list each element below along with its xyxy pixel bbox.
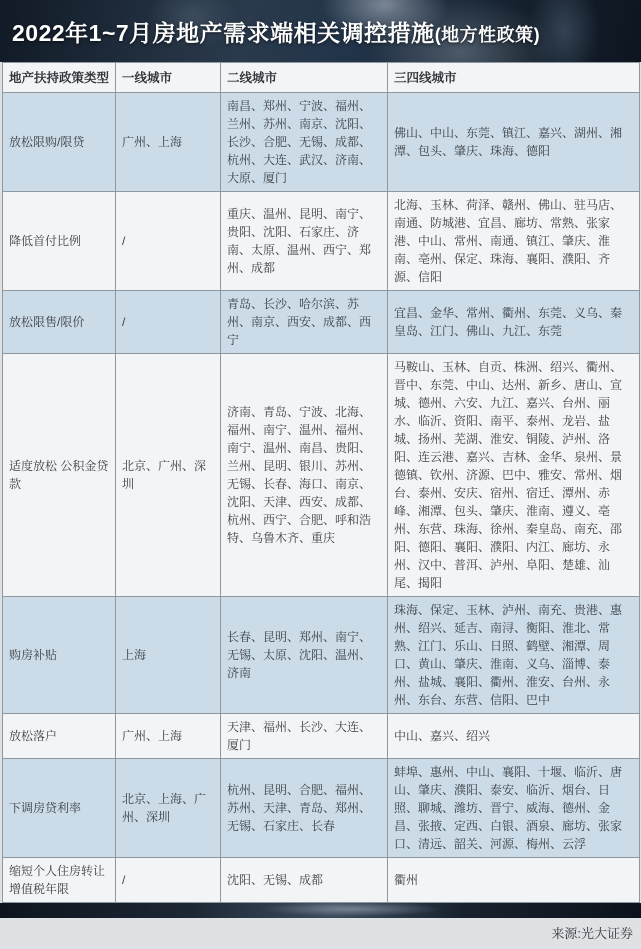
table-row: 放松限购/限贷广州、上海南昌、郑州、宁波、福州、兰州、苏州、南京、沈阳、长沙、合…	[3, 93, 640, 192]
table-row: 适度放松 公积金贷款北京、广州、深圳济南、青岛、宁波、北海、福州、南宁、温州、福…	[3, 354, 640, 597]
table-row: 缩短个人住房转让 增值税年限/沈阳、无锡、成都衢州	[3, 858, 640, 903]
tier2-cities-cell: 天津、福州、长沙、大连、厦门	[221, 714, 388, 759]
page-title: 2022年1~7月房地产需求端相关调控措施(地方性政策)	[0, 15, 540, 48]
footer: 来源:光大证券	[0, 918, 641, 949]
tier1-cities-cell: /	[116, 291, 221, 354]
page-title-main: 2022年1~7月房地产需求端相关调控措施	[12, 20, 435, 46]
policy-table: 地产扶持政策类型 一线城市 二线城市 三四线城市 放松限购/限贷广州、上海南昌、…	[2, 62, 640, 903]
policy-type-cell: 放松限售/限价	[3, 291, 116, 354]
tier1-cities-cell: 上海	[116, 597, 221, 714]
tier1-cities-cell: 广州、上海	[116, 93, 221, 192]
policy-type-cell: 放松落户	[3, 714, 116, 759]
tier1-cities-cell: 北京、上海、广州、深圳	[116, 759, 221, 858]
policy-type-cell: 缩短个人住房转让 增值税年限	[3, 858, 116, 903]
tier34-cities-cell: 蚌埠、惠州、中山、襄阳、十堰、临沂、唐山、肇庆、濮阳、泰安、临沂、烟台、日照、聊…	[388, 759, 640, 858]
tier2-cities-cell: 济南、青岛、宁波、北海、福州、南宁、温州、福州、南宁、温州、南昌、贵阳、兰州、昆…	[221, 354, 388, 597]
policy-type-cell: 放松限购/限贷	[3, 93, 116, 192]
header-row: 地产扶持政策类型 一线城市 二线城市 三四线城市	[3, 63, 640, 93]
table-row: 降低首付比例/重庆、温州、昆明、南宁、贵阳、沈阳、石家庄、济南、太原、温州、西宁…	[3, 192, 640, 291]
tier34-cities-cell: 中山、嘉兴、绍兴	[388, 714, 640, 759]
column-header-policy-type: 地产扶持政策类型	[3, 63, 116, 93]
table-row: 放松限售/限价/青岛、长沙、哈尔滨、苏州、南京、西安、成都、西宁宜昌、金华、常州…	[3, 291, 640, 354]
policy-type-cell: 下调房贷利率	[3, 759, 116, 858]
tier2-cities-cell: 杭州、昆明、合肥、福州、苏州、天津、青岛、郑州、无锡、石家庄、长春	[221, 759, 388, 858]
tier1-cities-cell: 北京、广州、深圳	[116, 354, 221, 597]
tier2-cities-cell: 沈阳、无锡、成都	[221, 858, 388, 903]
tier34-cities-cell: 佛山、中山、东莞、镇江、嘉兴、湖州、湘潭、包头、肇庆、珠海、德阳	[388, 93, 640, 192]
source-label: 来源:光大证券	[551, 926, 633, 941]
tier2-cities-cell: 长春、昆明、郑州、南宁、无锡、太原、沈阳、温州、济南	[221, 597, 388, 714]
table-header: 地产扶持政策类型 一线城市 二线城市 三四线城市	[3, 63, 640, 93]
table-row: 放松落户广州、上海天津、福州、长沙、大连、厦门中山、嘉兴、绍兴	[3, 714, 640, 759]
page-title-suffix: (地方性政策)	[435, 25, 541, 45]
tier34-cities-cell: 珠海、保定、玉林、泸州、南充、贵港、惠州、绍兴、延吉、南浔、衡阳、淮北、常熟、江…	[388, 597, 640, 714]
tier2-cities-cell: 重庆、温州、昆明、南宁、贵阳、沈阳、石家庄、济南、太原、温州、西宁、郑州、成都	[221, 192, 388, 291]
column-header-tier2-cities: 二线城市	[221, 63, 388, 93]
column-header-tier1-cities: 一线城市	[116, 63, 221, 93]
table-row: 购房补贴上海长春、昆明、郑州、南宁、无锡、太原、沈阳、温州、济南珠海、保定、玉林…	[3, 597, 640, 714]
tier1-cities-cell: /	[116, 192, 221, 291]
tier34-cities-cell: 马鞍山、玉林、自贡、株洲、绍兴、衢州、晋中、东莞、中山、达州、新乡、唐山、宣城、…	[388, 354, 640, 597]
title-banner: 2022年1~7月房地产需求端相关调控措施(地方性政策)	[0, 0, 641, 62]
table-body: 放松限购/限贷广州、上海南昌、郑州、宁波、福州、兰州、苏州、南京、沈阳、长沙、合…	[3, 93, 640, 903]
tier34-cities-cell: 宜昌、金华、常州、衢州、东莞、义乌、秦皇岛、江门、佛山、九江、东莞	[388, 291, 640, 354]
page: 2022年1~7月房地产需求端相关调控措施(地方性政策) 地产扶持政策类型 一线…	[0, 0, 641, 949]
column-header-tier34-cities: 三四线城市	[388, 63, 640, 93]
photo-bottom-strip	[0, 903, 641, 918]
tier34-cities-cell: 衢州	[388, 858, 640, 903]
tier2-cities-cell: 青岛、长沙、哈尔滨、苏州、南京、西安、成都、西宁	[221, 291, 388, 354]
policy-type-cell: 降低首付比例	[3, 192, 116, 291]
policy-type-cell: 购房补贴	[3, 597, 116, 714]
tier1-cities-cell: 广州、上海	[116, 714, 221, 759]
tier2-cities-cell: 南昌、郑州、宁波、福州、兰州、苏州、南京、沈阳、长沙、合肥、无锡、成都、杭州、大…	[221, 93, 388, 192]
tier1-cities-cell: /	[116, 858, 221, 903]
policy-type-cell: 适度放松 公积金贷款	[3, 354, 116, 597]
tier34-cities-cell: 北海、玉林、荷泽、赣州、佛山、驻马店、南通、防城港、宜昌、廊坊、常熟、张家港、中…	[388, 192, 640, 291]
table-row: 下调房贷利率北京、上海、广州、深圳杭州、昆明、合肥、福州、苏州、天津、青岛、郑州…	[3, 759, 640, 858]
